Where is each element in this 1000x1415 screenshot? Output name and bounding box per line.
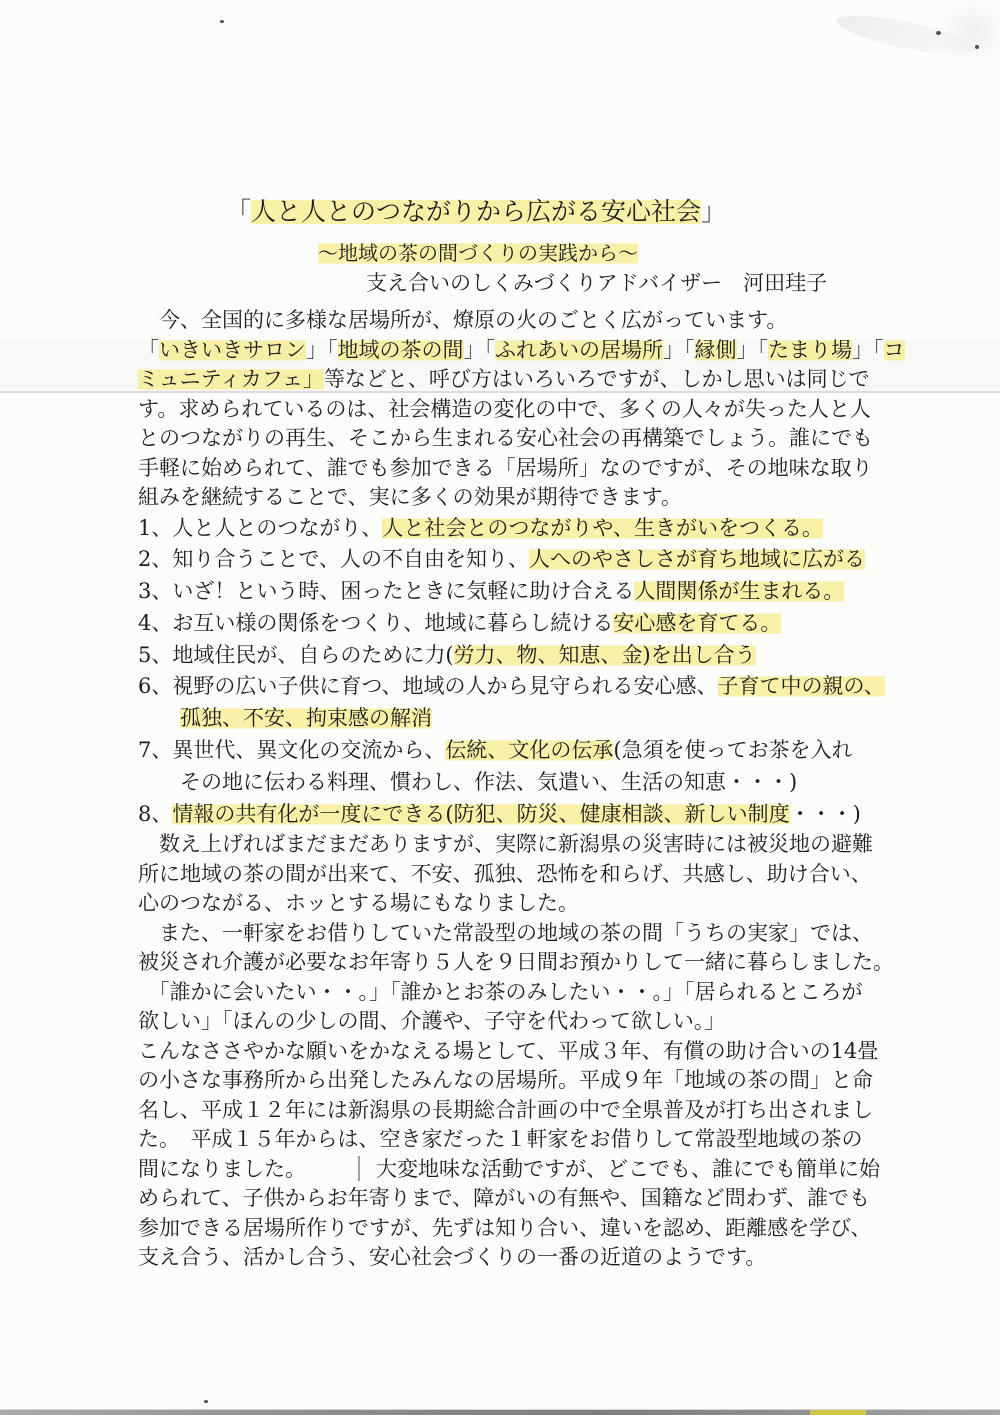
text-line: 今、全国的に多様な居場所が、燎原の火のごとく広がっています。 [138, 306, 880, 336]
text-line: とのつながりの再生、そこから生まれる安心社会の再構築でしょう。誰にでも [138, 424, 880, 454]
document-text: 「人と人とのつながりから広がる安心社会」～地域の茶の間づくりの実践から～支え合い… [138, 192, 880, 1273]
scanned-document-page: 「人と人とのつながりから広がる安心社会」～地域の茶の間づくりの実践から～支え合い… [0, 0, 1000, 1415]
text-segment: 名し、平成１２年には新潟県の長期総合計画の中で全県普及が打ち出されまし [138, 1098, 873, 1122]
text-segment: 「誰かに会いたい・・。」「誰かとお茶のみしたい・・。」「居られるところが [138, 980, 863, 1004]
text-line: 被災され介護が必要なお年寄り５人を９日間お預かりして一緒に暮らしました。 [138, 948, 880, 978]
text-line: こんなささやかな願いをかなえる場として、平成３年、有償の助け合いの14畳 [138, 1037, 880, 1067]
highlighted-text: ～地域の茶の間づくりの実践から～ [318, 241, 638, 265]
scan-artifact-vertical-bar [358, 1156, 360, 1181]
list-item-line: 孤独、不安、拘束感の解消 [180, 703, 880, 735]
list-item-line: 8、情報の共有化が一度にできる(防犯、防災、健康相談、新しい制度・・・) [138, 799, 880, 831]
text-segment: こんなささやかな願いをかなえる場として、平成３年、有償の助け合いの14畳 [138, 1039, 878, 1063]
text-segment: 」「 [852, 338, 884, 362]
text-segment: 」「 [306, 338, 338, 362]
text-segment: ・・・) [790, 802, 861, 826]
text-line: 支え合う、活かし合う、安心社会づくりの一番の近道のようです。 [138, 1243, 880, 1273]
scan-artifact-smudge [938, 0, 1000, 62]
text-segment: 8、 [138, 802, 172, 826]
text-segment: 7、異世代、異文化の交流から、 [138, 738, 445, 762]
document-byline: 支え合いのしくみづくりアドバイザー 河田珪子 [366, 268, 880, 298]
text-segment: 所に地域の茶の間が出来て、不安、孤独、恐怖を和らげ、共感し、助け合い、 [138, 862, 872, 886]
text-segment: 参加できる居場所作りですが、先ずは知り合い、違いを認め、距離感を学び、 [138, 1216, 871, 1240]
text-segment: の小さな事務所から出発したみんなの居場所。平成９年「地域の茶の間」と命 [138, 1068, 873, 1092]
text-segment: 手軽に始められて、誰でも参加できる「居場所」なのですが、その地味な取り [138, 456, 873, 480]
text-segment: (急須を使ってお茶を入れ [613, 738, 852, 762]
highlighted-text: 伝統、文化の伝承 [445, 738, 613, 762]
highlighted-text: 孤独、不安、拘束感の解消 [180, 706, 432, 730]
text-segment: 今、全国的に多様な居場所が、燎原の火のごとく広がっています。 [138, 308, 787, 332]
text-segment: 欲しい」「ほんの少しの間、介護や、子守を代わって欲しい。」 [138, 1009, 725, 1033]
highlighted-text: 人間関係が生まれる。 [634, 579, 844, 603]
text-segment: 1、人と人とのつながり、 [138, 516, 382, 540]
highlighted-text: コ [884, 338, 905, 362]
text-line: 名し、平成１２年には新潟県の長期総合計画の中で全県普及が打ち出されまし [138, 1096, 880, 1126]
highlighted-text: 情報の共有化が一度にできる(防犯、防災、健康相談、新しい制度 [172, 802, 789, 826]
text-segment: また、一軒家をお借りしていた常設型の地域の茶の間「うちの実家」では、 [138, 921, 873, 945]
text-segment: 支え合う、活かし合う、安心社会づくりの一番の近道のようです。 [138, 1245, 766, 1269]
highlighted-text: 人へのやさしさが育ち地域に広がる [529, 547, 865, 571]
scan-artifact-speck [975, 45, 979, 49]
text-line: 数え上げればまだまだありますが、実際に新潟県の災害時には被災地の避難 [138, 830, 880, 860]
highlighted-text: ミュニティカフェ」 [138, 367, 324, 391]
text-segment: 支え合いのしくみづくりアドバイザー 河田珪子 [366, 271, 827, 295]
scan-artifact-bottom-band [0, 1409, 1000, 1415]
text-segment: 6、視野の広い子供に育つ、地域の人から見守られる安心感、 [138, 674, 718, 698]
text-segment: 」 [701, 197, 726, 226]
text-line: す。求められているのは、社会構造の変化の中で、多くの人々が失った人と人 [138, 395, 880, 425]
text-segment: とのつながりの再生、そこから生まれる安心社会の再構築でしょう。誰にでも [138, 426, 873, 450]
list-item-line: その地に伝わる料理、慣わし、作法、気遣い、生活の知恵・・・) [180, 767, 880, 799]
scan-artifact-speck [936, 31, 941, 35]
document-subtitle: ～地域の茶の間づくりの実践から～ [318, 238, 880, 268]
highlighted-text: 安心感を育てる。 [613, 611, 781, 635]
text-line: 「いきいきサロン」「地域の茶の間」「ふれあいの居場所」「縁側」「たまり場」「コ [138, 336, 880, 366]
highlighted-text: いきいきサロン [159, 338, 306, 362]
text-segment: 等などと、呼び方はいろいろですが、しかし思いは同じで [324, 367, 870, 391]
text-segment: められて、子供からお年寄りまで、障がいの有無や、国籍など問わず、誰でも [138, 1186, 870, 1210]
text-segment: 「 [226, 197, 251, 226]
list-item-line: 3、いざ！という時、困ったときに気軽に助け合える人間関係が生まれる。 [138, 576, 880, 608]
text-line: 間になりました。大変地味な活動ですが、どこでも、誰にでも簡単に始 [138, 1155, 880, 1185]
text-line: められて、子供からお年寄りまで、障がいの有無や、国籍など問わず、誰でも [138, 1184, 880, 1214]
list-item-line: 1、人と人とのつながり、人と社会とのつながりや、生きがいをつくる。 [138, 513, 880, 545]
text-line: 欲しい」「ほんの少しの間、介護や、子守を代わって欲しい。」 [138, 1007, 880, 1037]
list-item-line: 4、お互い様の関係をつくり、地域に暮らし続ける安心感を育てる。 [138, 608, 880, 640]
highlighted-text: ふれあいの居場所 [495, 338, 663, 362]
text-segment: 数え上げればまだまだありますが、実際に新潟県の災害時には被災地の避難 [138, 832, 873, 856]
text-segment: 組みを継続することで、実に多くの効果が期待できます。 [138, 485, 682, 509]
list-item-line: 2、知り合うことで、人の不自由を知り、人へのやさしさが育ち地域に広がる [138, 544, 880, 576]
text-line: の小さな事務所から出発したみんなの居場所。平成９年「地域の茶の間」と命 [138, 1066, 880, 1096]
text-segment: す。求められているのは、社会構造の変化の中で、多くの人々が失った人と人 [138, 397, 871, 421]
highlighted-text: 労力、物、知恵、金)を出し合う [454, 643, 756, 667]
text-segment: 大変地味な活動ですが、どこでも、誰にでも簡単に始 [376, 1157, 880, 1181]
text-segment: た。 平成１５年からは、空き家だった１軒家をお借りして常設型地域の茶の [138, 1127, 863, 1151]
text-line: ミュニティカフェ」等などと、呼び方はいろいろですが、しかし思いは同じで [138, 365, 880, 395]
scan-artifact-yellow-mark [810, 1410, 866, 1415]
highlighted-text: 縁側 [695, 338, 737, 362]
text-segment: 」「 [737, 338, 769, 362]
text-segment: 3、いざ！という時、困ったときに気軽に助け合える [138, 579, 634, 603]
highlighted-text: たまり場 [768, 338, 852, 362]
text-line: 組みを継続することで、実に多くの効果が期待できます。 [138, 483, 880, 513]
highlighted-text: 子育て中の親の、 [718, 674, 885, 698]
text-line: た。 平成１５年からは、空き家だった１軒家をお借りして常設型地域の茶の [138, 1125, 880, 1155]
text-line: 所に地域の茶の間が出来て、不安、孤独、恐怖を和らげ、共感し、助け合い、 [138, 860, 880, 890]
text-segment: 5、地域住民が、自らのために力( [138, 643, 454, 667]
highlighted-text: 人と社会とのつながりや、生きがいをつくる。 [382, 516, 823, 540]
text-line: 手軽に始められて、誰でも参加できる「居場所」なのですが、その地味な取り [138, 454, 880, 484]
list-item-line: 6、視野の広い子供に育つ、地域の人から見守られる安心感、子育て中の親の、 [138, 671, 880, 703]
text-segment: 」「 [464, 338, 496, 362]
list-item-line: 5、地域住民が、自らのために力(労力、物、知恵、金)を出し合う [138, 640, 880, 672]
scan-artifact-speck [204, 1400, 208, 1403]
text-segment: 「 [138, 338, 159, 362]
text-segment: 」「 [663, 338, 695, 362]
text-segment: 2、知り合うことで、人の不自由を知り、 [138, 547, 529, 571]
text-segment: 間になりました。 [138, 1157, 306, 1181]
highlighted-text: 地域の茶の間 [338, 338, 464, 362]
document-title: 「人と人とのつながりから広がる安心社会」 [226, 192, 880, 232]
text-segment: その地に伝わる料理、慣わし、作法、気遣い、生活の知恵・・・) [180, 770, 797, 794]
list-item-line: 7、異世代、異文化の交流から、伝統、文化の伝承(急須を使ってお茶を入れ [138, 735, 880, 767]
highlighted-text: 人と人とのつながりから広がる安心社会 [251, 197, 701, 226]
text-segment: 被災され介護が必要なお年寄り５人を９日間お預かりして一緒に暮らしました。 [138, 950, 894, 974]
text-line: 参加できる居場所作りですが、先ずは知り合い、違いを認め、距離感を学び、 [138, 1214, 880, 1244]
text-line: 心のつながる、ホッとする場にもなりました。 [138, 889, 880, 919]
scan-artifact-speck [220, 20, 224, 23]
text-segment: 心のつながる、ホッとする場にもなりました。 [138, 891, 579, 915]
text-segment: 4、お互い様の関係をつくり、地域に暮らし続ける [138, 611, 613, 635]
text-line: また、一軒家をお借りしていた常設型の地域の茶の間「うちの実家」では、 [138, 919, 880, 949]
text-line: 「誰かに会いたい・・。」「誰かとお茶のみしたい・・。」「居られるところが [138, 978, 880, 1008]
